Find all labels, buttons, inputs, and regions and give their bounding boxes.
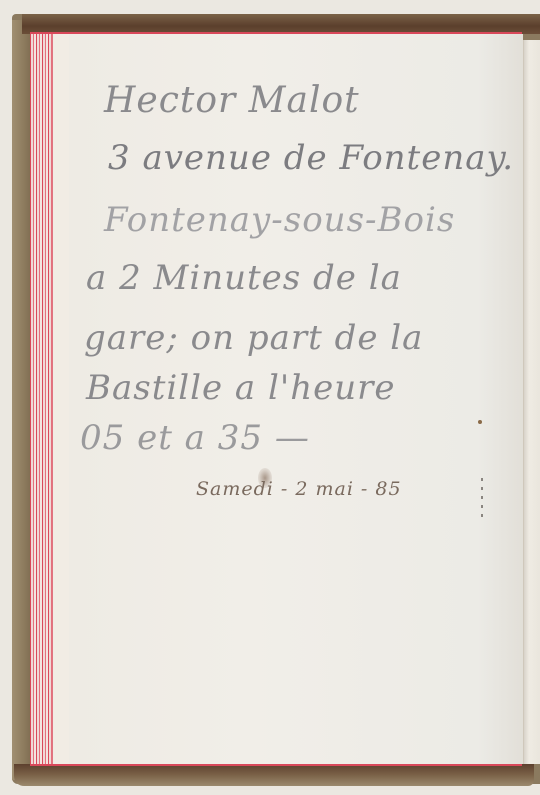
page-stack-inner [52,34,70,764]
handwritten-line-distance: a 2 Minutes de la [86,258,402,298]
handwritten-line-name: Hector Malot [104,80,360,121]
cover-spine-edge [12,20,32,780]
page-bottom-red-edge [30,764,522,766]
page-top-red-edge [30,32,522,34]
adjacent-page-sliver [523,40,540,764]
handwritten-line-street: 3 avenue de Fontenay. [108,138,514,178]
handwritten-line-station: Bastille a l'heure [86,368,396,408]
handwritten-line-town: Fontenay-sous-Bois [104,200,455,240]
paper-stain-spot [478,420,482,424]
handwritten-date: Samedi - 2 mai - 85 [196,478,402,500]
handwritten-line-departure: gare; on part de la [84,318,423,358]
handwritten-line-times: 05 et a 35 — [80,418,310,458]
cover-bottom-edge [14,764,534,786]
margin-pencil-marks [481,478,483,520]
cover-top-edge [22,14,540,34]
